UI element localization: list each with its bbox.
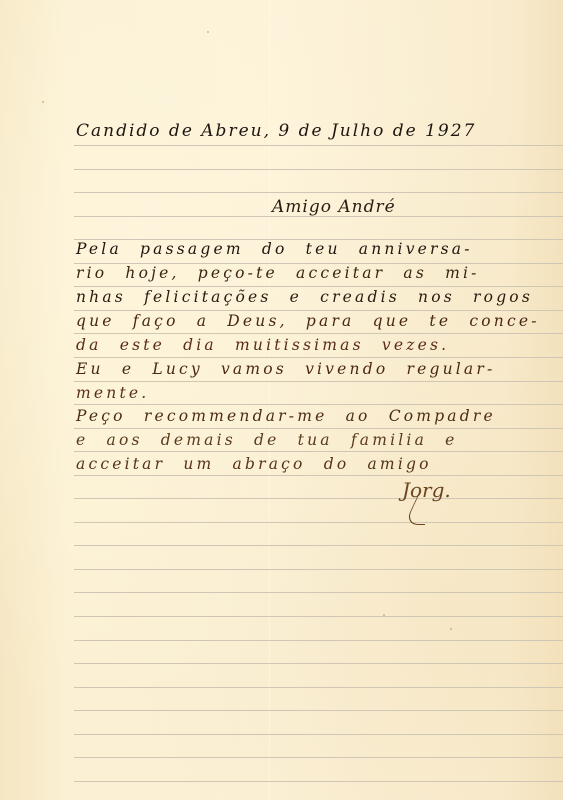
ruled-line <box>74 781 563 782</box>
ruled-line <box>74 192 563 193</box>
letter-body-line: nhas felicitações e creadis nos rogos <box>76 288 533 306</box>
paper-speck <box>383 614 385 616</box>
paper-speck <box>42 101 44 103</box>
ruled-line <box>74 592 563 593</box>
letter-body-line: que faço a Deus, para que te conce- <box>76 312 540 330</box>
ruled-line <box>74 451 563 452</box>
ruled-line <box>74 475 563 476</box>
letter-body-line: acceitar um abraço do amigo <box>76 455 432 473</box>
ruled-line <box>74 428 563 429</box>
ruled-line <box>74 757 563 758</box>
ruled-line <box>74 357 563 358</box>
letter-page: Candido de Abreu, 9 de Julho de 1927 Ami… <box>0 0 563 800</box>
ruled-line <box>74 404 563 405</box>
ruled-line <box>74 498 563 499</box>
letter-body-line: e aos demais de tua familia e <box>76 431 458 449</box>
ruled-line <box>74 145 563 146</box>
ruled-line <box>74 616 563 617</box>
ruled-line <box>74 545 563 546</box>
letter-dateline: Candido de Abreu, 9 de Julho de 1927 <box>76 121 476 141</box>
letter-body-line: mente. <box>76 384 149 402</box>
ruled-line <box>74 710 563 711</box>
ruled-line <box>74 310 563 311</box>
paper-speck <box>450 628 452 630</box>
letter-body-line: Eu e Lucy vamos vivendo regular- <box>76 360 495 378</box>
letter-body-line: Pela passagem do teu anniversa- <box>76 240 473 258</box>
ruled-line <box>74 569 563 570</box>
paper-speck <box>207 31 209 33</box>
ruled-line <box>74 522 563 523</box>
ruled-line <box>74 687 563 688</box>
letter-body-line: rio hoje, peço-te acceitar as mi- <box>76 264 480 282</box>
letter-body-line: da este dia muitissimas vezes. <box>76 336 449 354</box>
ruled-line <box>74 286 563 287</box>
letter-greeting: Amigo André <box>272 197 396 217</box>
ruled-line <box>74 381 563 382</box>
paper-fold-crease <box>269 0 270 800</box>
letter-body-line: Peço recommendar-me ao Compadre <box>76 407 496 425</box>
ruled-line <box>74 663 563 664</box>
ruled-line <box>74 734 563 735</box>
ruled-line <box>74 333 563 334</box>
ruled-line <box>74 640 563 641</box>
ruled-line <box>74 169 563 170</box>
